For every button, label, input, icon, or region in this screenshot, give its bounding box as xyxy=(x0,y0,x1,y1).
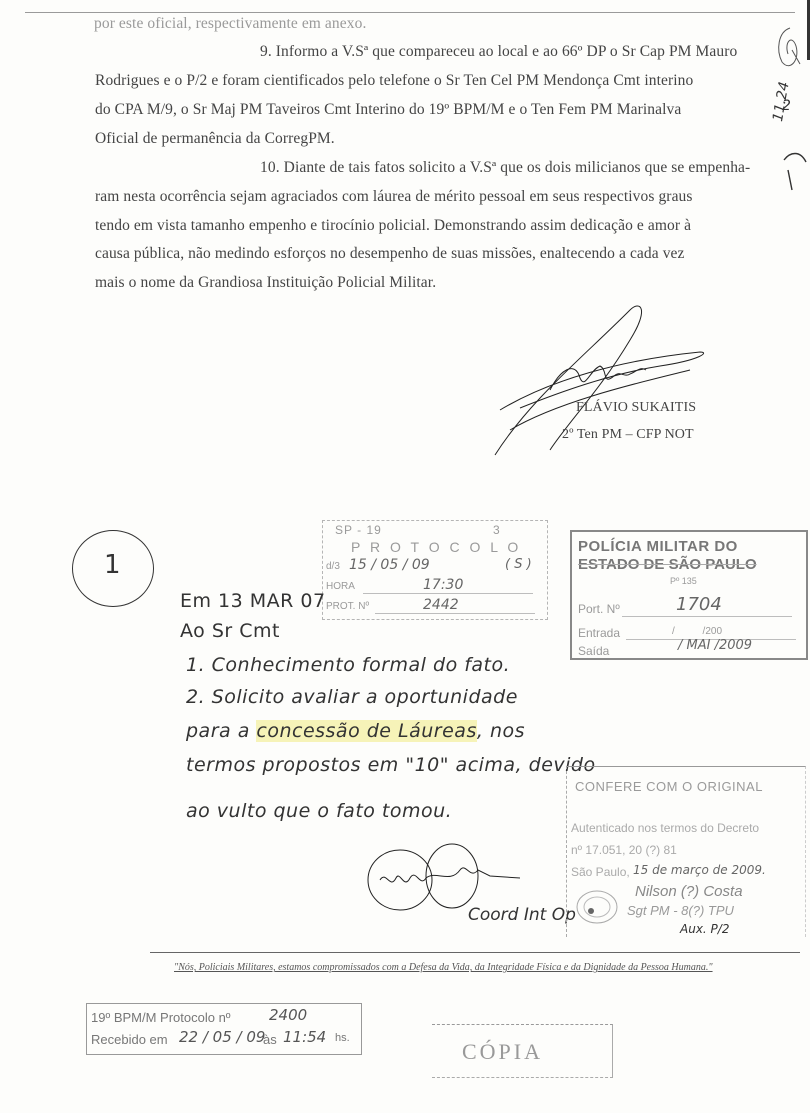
signatory-rank: 2º Ten PM – CFP NOT xyxy=(562,425,694,445)
prot-line xyxy=(375,613,535,614)
confere-signer: Nilson (?) Costa xyxy=(635,883,743,900)
port-line xyxy=(622,616,792,617)
confere-signer-rank: Sgt PM - 8(?) TPU xyxy=(627,903,734,918)
confere-title: CONFERE COM O ORIGINAL xyxy=(575,779,763,794)
bpm-at: às xyxy=(263,1032,277,1047)
date-label: d/3 xyxy=(326,561,340,572)
pm-seal-icon xyxy=(575,889,619,925)
highlighted-phrase: concessão de Láureas xyxy=(256,720,476,742)
pm-stamp: POLÍCIA MILITAR DO ESTADO DE SÃO PAULO P… xyxy=(570,530,808,660)
saida-label: Saída xyxy=(578,644,609,658)
confere-stamp: CONFERE COM O ORIGINAL Autenticado nos t… xyxy=(566,766,806,937)
aux-annotation: Aux. P/2 xyxy=(680,922,729,936)
pm-stamp-line1: POLÍCIA MILITAR DO xyxy=(578,538,738,555)
page-top-rule xyxy=(25,12,795,13)
protocolo-corner: 3 xyxy=(493,523,500,537)
carry-over-line: por este oficial, respectivamente em ane… xyxy=(94,14,366,34)
saida-value: / MAI /2009 xyxy=(678,638,752,653)
confere-line2: nº 17.051, 20 (?) 81 xyxy=(571,843,677,857)
para10-line-2: ram nesta ocorrência sejam agraciados co… xyxy=(95,187,693,207)
dispatch-addressee: Ao Sr Cmt xyxy=(180,620,280,642)
hora-line xyxy=(363,593,533,594)
date-suffix: ( S ) xyxy=(505,557,532,572)
protocolo-header: SP - 19 xyxy=(335,523,382,537)
confere-line3-label: São Paulo, xyxy=(571,865,630,879)
bpm-received-date: 22 / 05 / 09 xyxy=(179,1028,265,1046)
para9-line-1: 9. Informo a V.Sª que compareceu ao loca… xyxy=(260,42,737,62)
dispatch-line-3-end: , nos xyxy=(477,720,525,742)
bpm-receipt-stamp: 19º BPM/M Protocolo nº 2400 Recebido em … xyxy=(86,1003,362,1055)
dispatch-line-3: para a concessão de Láureas, nos xyxy=(186,720,525,742)
dispatch-date: Em 13 MAR 07 xyxy=(180,590,326,612)
hora-label: HORA xyxy=(326,581,355,592)
bpm-line2-label: Recebido em xyxy=(91,1032,168,1047)
signatory-name: FLÁVIO SUKAITIS xyxy=(576,398,696,418)
para9-line-2: Rodrigues e o P/2 e foram cientificados … xyxy=(95,71,693,91)
port-value: 1704 xyxy=(676,594,722,615)
bpm-hs: hs. xyxy=(335,1032,350,1044)
para10-line-1: 10. Diante de tais fatos solicito a V.Sª… xyxy=(260,158,750,178)
hora-value: 17:30 xyxy=(423,577,463,593)
port-label: Port. Nº xyxy=(578,602,620,616)
pm-stamp-line2: ESTADO DE SÃO PAULO xyxy=(578,556,757,573)
coord-title: Coord Int Op xyxy=(468,905,576,925)
dispatch-item-2: 2. Solicito avaliar a oportunidade xyxy=(186,686,518,708)
confere-line1: Autenticado nos termos do Decreto xyxy=(571,821,759,835)
footer-motto: "Nós, Policiais Militares, estamos compr… xyxy=(174,962,713,973)
confere-line3-value: 15 de março de 2009. xyxy=(633,863,766,877)
para10-line-4: causa pública, não medindo esforços no d… xyxy=(95,244,685,264)
para10-line-5: mais o nome da Grandiosa Instituição Pol… xyxy=(95,273,436,293)
bpm-received-time: 11:54 xyxy=(283,1028,326,1046)
dispatch-line-5: ao vulto que o fato tomou. xyxy=(186,800,452,822)
para10-line-3: tendo em vista tamanho empenho e tirocín… xyxy=(95,216,691,236)
pm-stamp-sub: Pº 135 xyxy=(670,576,697,586)
copia-stamp: CÓPIA xyxy=(432,1024,613,1078)
protocolo-stamp: SP - 19 3 P R O T O C O L O d/3 15 / 05 … xyxy=(322,520,548,620)
para9-line-4: Oficial de permanência da CorregPM. xyxy=(95,129,335,149)
prot-value: 2442 xyxy=(423,597,459,613)
footer-rule xyxy=(150,952,800,953)
prot-label: PROT. Nº xyxy=(326,601,369,612)
dispatch-line-3-start: para a xyxy=(186,720,256,742)
page-number: 1 xyxy=(104,550,121,580)
protocolo-title: P R O T O C O L O xyxy=(351,539,521,555)
copia-label: CÓPIA xyxy=(462,1039,543,1065)
date-value: 15 / 05 / 09 xyxy=(349,557,499,573)
entrada-label: Entrada xyxy=(578,626,620,640)
entrada-value: / /200 xyxy=(672,626,722,637)
dispatch-item-1: 1. Conhecimento formal do fato. xyxy=(186,654,510,676)
dispatch-line-4: termos propostos em "10" acima, devido xyxy=(186,754,596,776)
bpm-line1-label: 19º BPM/M Protocolo nº xyxy=(91,1010,231,1025)
bpm-protocol-number: 2400 xyxy=(269,1006,307,1024)
para9-line-3: do CPA M/9, o Sr Maj PM Taveiros Cmt Int… xyxy=(95,100,681,120)
